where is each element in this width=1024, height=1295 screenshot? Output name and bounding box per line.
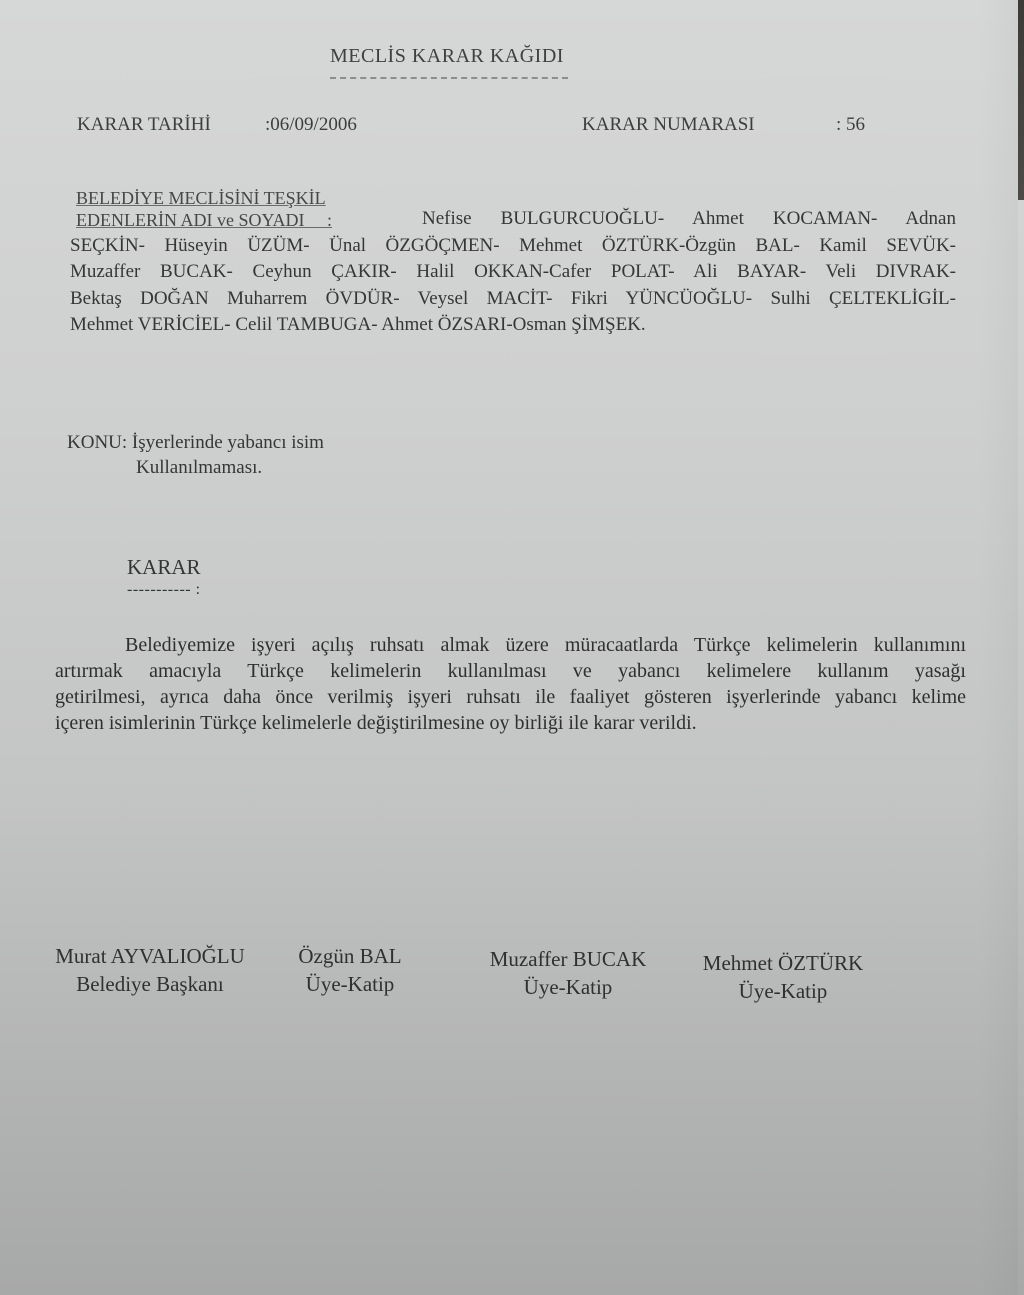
signatory-role: Belediye Başkanı — [40, 970, 260, 998]
decision-separator: ----------- : — [127, 581, 201, 599]
decision-body-line: getirilmesi, ayrıca daha önce verilmiş i… — [55, 684, 966, 710]
paper-edge — [1018, 0, 1024, 200]
decision-number-value: : 56 — [836, 114, 865, 136]
signature-clerk-3: Mehmet ÖZTÜRK Üye-Katip — [685, 949, 881, 1005]
decision-body: Belediyemize işyeri açılış ruhsatı almak… — [55, 632, 966, 736]
members-line: Bektaş DOĞAN Muharrem ÖVDÜR- Veysel MACİ… — [70, 286, 956, 313]
decision-date-label: KARAR TARİHİ — [77, 114, 211, 136]
council-members-list: Nefise BULGURCUOĞLU- Ahmet KOCAMAN- Adna… — [70, 206, 956, 339]
signatory-name: Mehmet ÖZTÜRK — [685, 949, 881, 977]
decision-body-line: Belediyemize işyeri açılış ruhsatı almak… — [55, 632, 966, 658]
subject-line2: Kullanılmaması. — [136, 457, 262, 479]
decision-body-line: içeren isimlerinin Türkçe kelimelerle de… — [55, 710, 966, 736]
signatory-role: Üye-Katip — [685, 977, 881, 1005]
signatory-name: Murat AYVALIOĞLU — [40, 942, 260, 970]
signature-clerk-2: Muzaffer BUCAK Üye-Katip — [470, 945, 666, 1001]
signature-mayor: Murat AYVALIOĞLU Belediye Başkanı — [40, 942, 260, 998]
title-underline — [330, 77, 568, 79]
members-line: SEÇKİN- Hüseyin ÜZÜM- Ünal ÖZGÖÇMEN- Meh… — [70, 233, 956, 260]
signature-clerk-1: Özgün BAL Üye-Katip — [280, 942, 420, 998]
decision-number-label: KARAR NUMARASI — [582, 114, 755, 136]
document-title: MECLİS KARAR KAĞIDI — [330, 45, 564, 68]
signatory-name: Muzaffer BUCAK — [470, 945, 666, 973]
decision-heading: KARAR — [127, 555, 201, 580]
members-line: Nefise BULGURCUOĞLU- Ahmet KOCAMAN- Adna… — [70, 206, 956, 233]
decision-body-line: artırmak amacıyla Türkçe kelimelerin kul… — [55, 658, 966, 684]
decision-date-value: :06/09/2006 — [265, 114, 357, 136]
members-line: Mehmet VERİCİEL- Celil TAMBUGA- Ahmet ÖZ… — [70, 312, 956, 339]
signatory-role: Üye-Katip — [280, 970, 420, 998]
signatory-name: Özgün BAL — [280, 942, 420, 970]
signatory-role: Üye-Katip — [470, 973, 666, 1001]
members-line: Muzaffer BUCAK- Ceyhun ÇAKIR- Halil OKKA… — [70, 259, 956, 286]
subject-line1: KONU: İşyerlerinde yabancı isim — [67, 432, 324, 454]
paper-shadow — [978, 0, 1018, 1295]
